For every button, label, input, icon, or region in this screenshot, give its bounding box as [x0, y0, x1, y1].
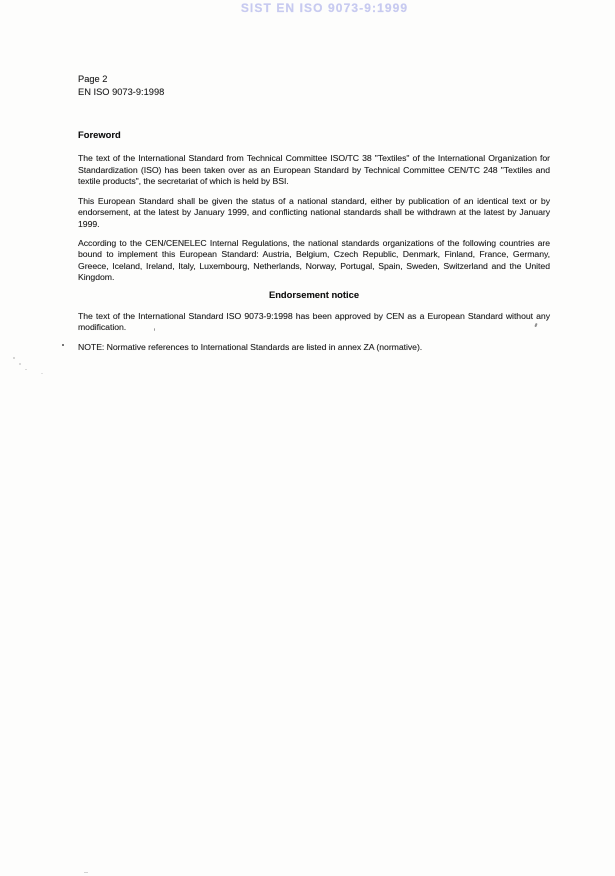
scan-artifact-speck [19, 363, 21, 365]
foreword-paragraph-1: The text of the International Standard f… [78, 153, 550, 187]
foreword-paragraph-3: According to the CEN/CENELEC Internal Re… [78, 238, 550, 283]
document-number: EN ISO 9073-9:1998 [78, 86, 550, 99]
scan-artifact-speck [13, 357, 15, 359]
scan-artifact-speck [25, 369, 27, 370]
document-page: SIST EN ISO 9073-9:1999 Page 2 EN ISO 90… [0, 0, 615, 876]
note-paragraph: NOTE: Normative references to Internatio… [78, 342, 550, 353]
page-content: Page 2 EN ISO 9073-9:1998 Foreword The t… [78, 0, 550, 353]
foreword-heading: Foreword [78, 129, 550, 140]
endorsement-notice-heading: Endorsement notice [78, 289, 550, 300]
page-info: Page 2 EN ISO 9073-9:1998 [78, 73, 550, 99]
scan-artifact-dot [62, 344, 64, 346]
endorsement-paragraph: The text of the International Standard I… [78, 311, 550, 334]
page-number: Page 2 [78, 73, 550, 86]
scan-artifact-speck [84, 872, 88, 873]
foreword-paragraph-2: This European Standard shall be given th… [78, 196, 550, 230]
scan-artifact-speck [154, 328, 155, 331]
scan-artifact-speck [41, 373, 43, 374]
